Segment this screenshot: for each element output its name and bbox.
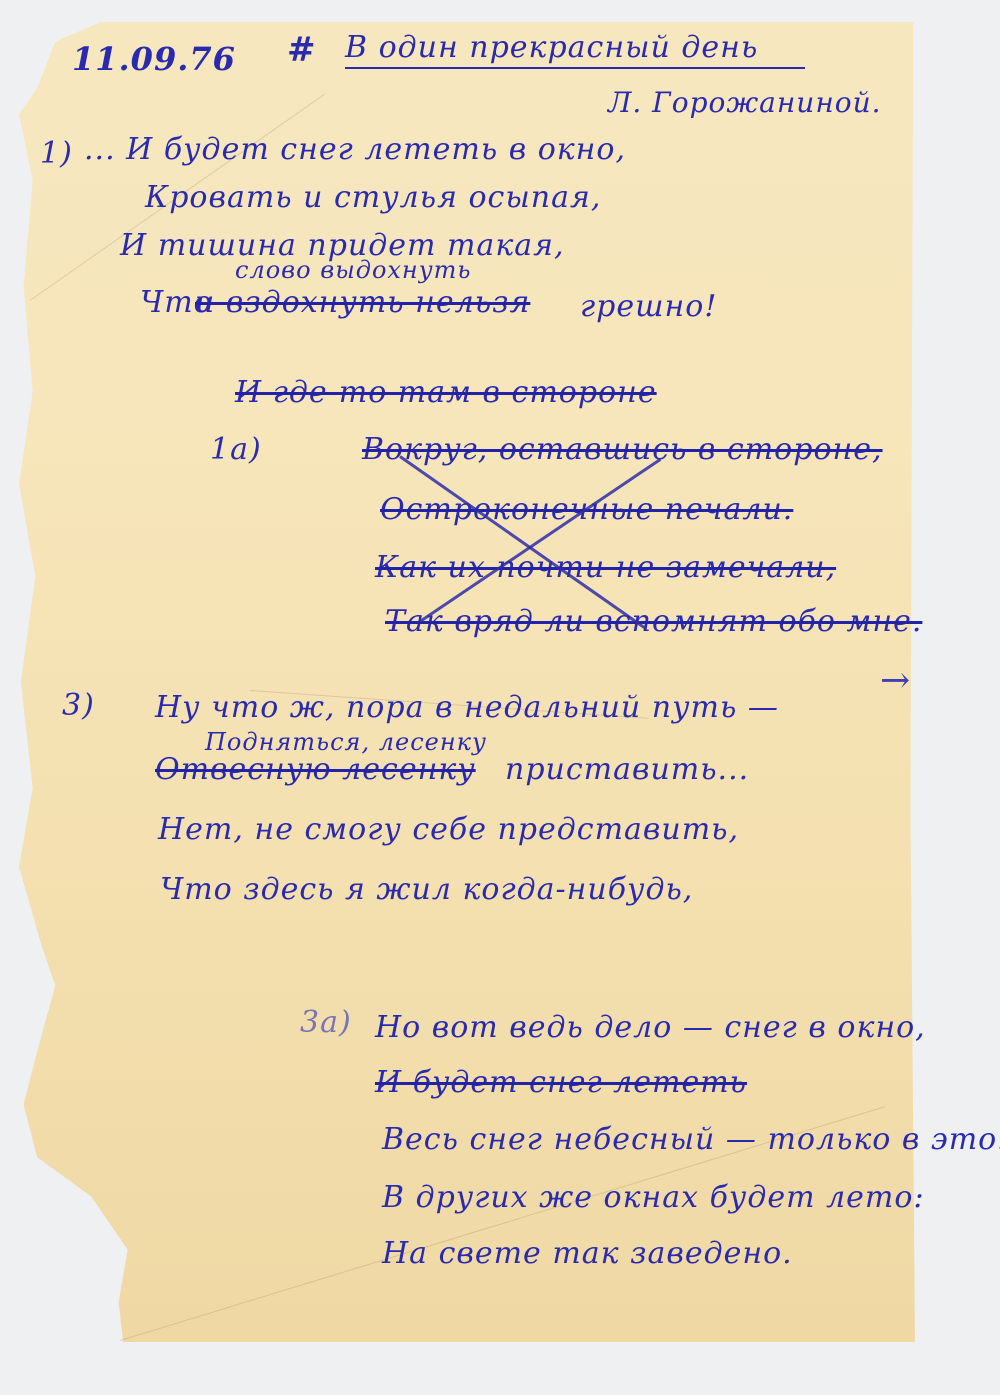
stanza-number: 1а) [210, 432, 262, 467]
poem-line: Кровать и стулья осыпая, [145, 180, 601, 215]
dedication: Л. Горожаниной. [608, 86, 882, 119]
poem-line: Но вот ведь дело — снег в окно, [375, 1010, 926, 1045]
poem-line: Ну что ж, пора в недальний путь — [155, 690, 779, 725]
continuation-arrow-icon: → [880, 660, 910, 701]
poem-line: Вокруг, оставшись в стороне, [362, 432, 883, 467]
poem-line: В других же окнах будет лето: [382, 1180, 925, 1215]
struck-heading: И где-то там в стороне [235, 375, 657, 410]
poem-line: Как их почти не замечали, [375, 550, 836, 585]
poem-line: Так вряд ли вспомнят обо мне. [385, 604, 922, 639]
poem-line: Нет, не смогу себе представить, [158, 812, 739, 847]
poem-line: Что здесь я жил когда-нибудь, [160, 872, 693, 907]
struck-words: и вздохнуть нельзя [195, 285, 530, 320]
poem-line: На свете так заведено. [382, 1236, 793, 1271]
stanza-number: 3а) [300, 1005, 352, 1040]
stanza-number: 3) [62, 688, 95, 723]
poem-line: ... И будет снег лететь в окно, [84, 132, 626, 167]
poem-line: Весь снег небесный — только в это! [382, 1122, 1000, 1157]
poem-line-end: приставить... [505, 752, 749, 787]
inserted-words: слово выдохнуть [235, 256, 471, 284]
stanza-number: 1) [40, 136, 73, 171]
struck-words: Отвесную лесенку [155, 752, 476, 787]
manuscript-date: 11.09.76 [72, 40, 236, 78]
title-strike-mark: # [287, 30, 317, 70]
poem-line-end: грешно! [580, 289, 717, 324]
poem-title: В один прекрасный день [345, 30, 805, 69]
struck-line: И будет снег лететь [375, 1065, 747, 1100]
